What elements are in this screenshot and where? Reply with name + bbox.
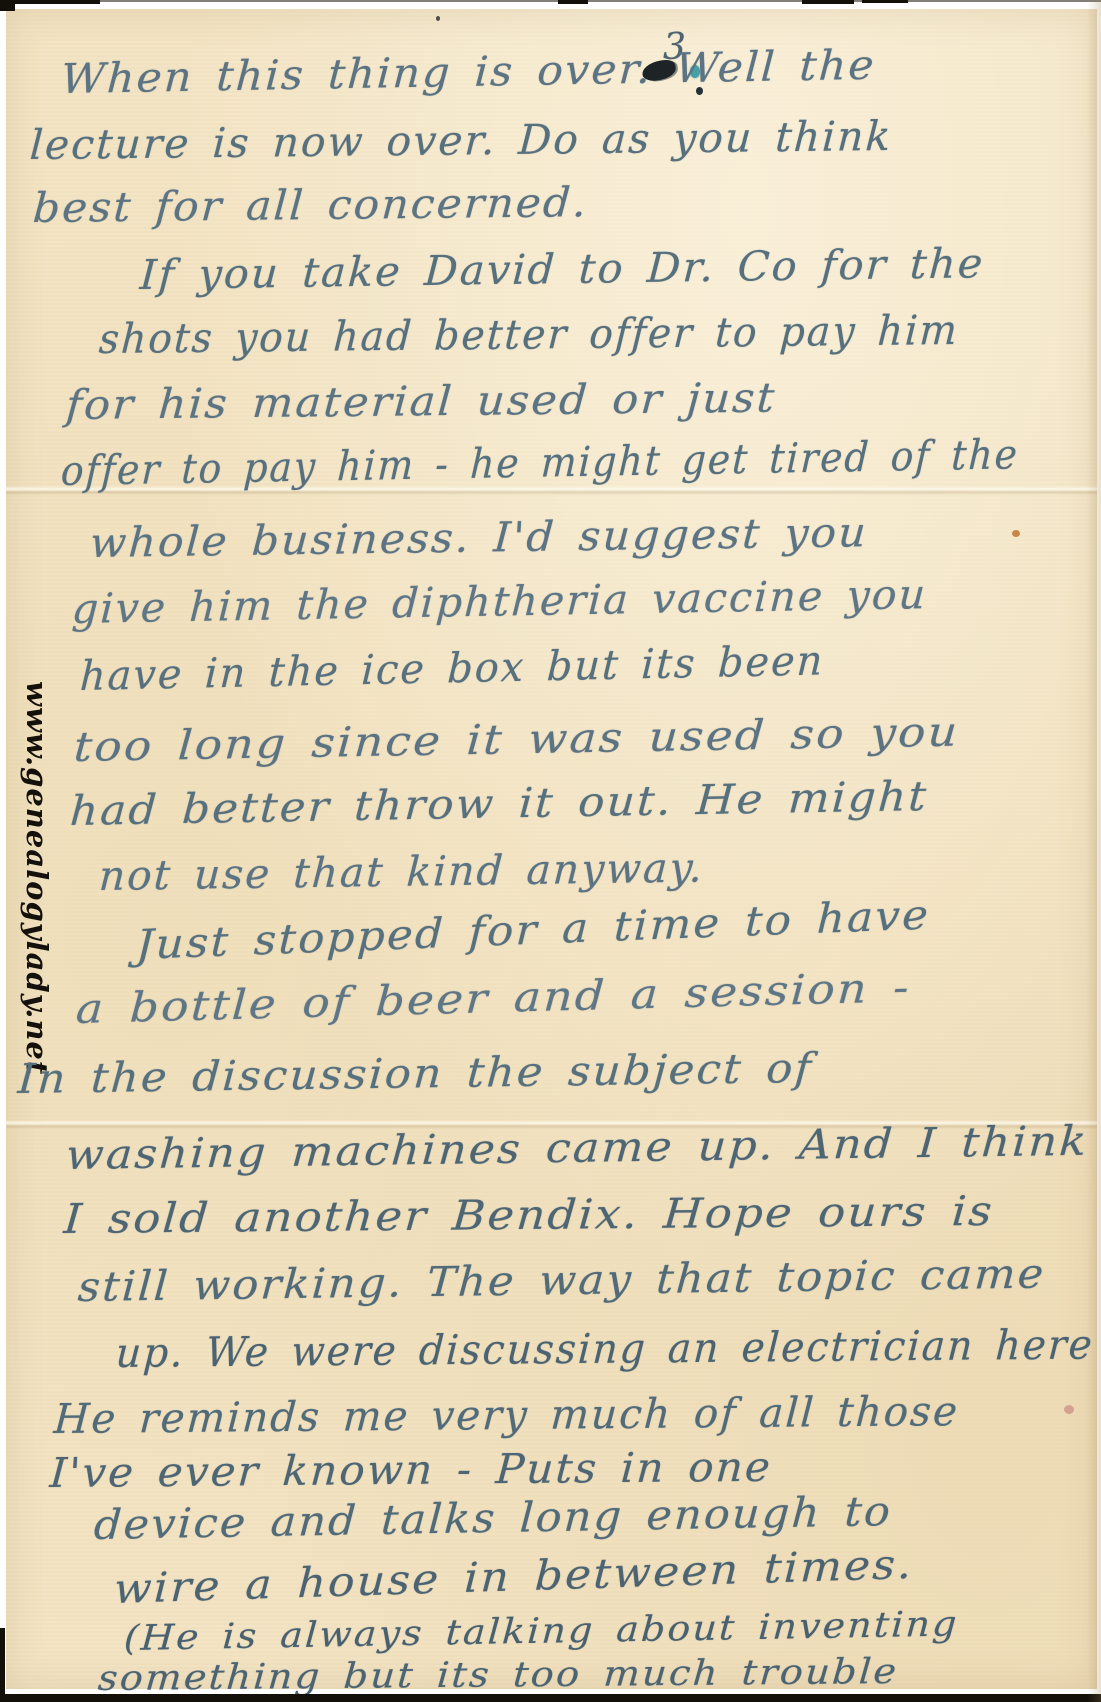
paper-edge-shadow <box>1087 0 1101 1702</box>
handwriting-line: a bottle of beer and a session - <box>75 963 912 1033</box>
scan-edge-bottom <box>0 1694 1101 1702</box>
scan-edge-top-segment <box>0 0 100 4</box>
handwriting-line: device and talks long enough to <box>93 1487 894 1549</box>
handwriting-line: I've ever known - Puts in one <box>48 1443 773 1497</box>
scan-edge-top-segment <box>802 0 854 4</box>
handwriting-line: something but its too much trouble <box>97 1652 900 1699</box>
letter-paper: www.genealogylady.net 3 When this thing … <box>6 9 1097 1689</box>
handwriting-line: I sold another Bendix. Hope ours is <box>62 1187 995 1243</box>
handwriting-line: give him the diphtheria vaccine you <box>71 570 929 633</box>
handwriting-line: for his material used or just <box>64 374 777 429</box>
handwriting-line: have in the ice box but its been <box>79 636 826 700</box>
handwriting-line: wire a house in between times. <box>113 1540 915 1613</box>
watermark-text: www.genealogylady.net <box>20 681 54 1075</box>
handwriting-line: whole business. I'd suggest you <box>89 508 870 567</box>
handwriting-line: up. We were discussing an electrician he… <box>115 1320 1096 1377</box>
handwriting-line: He reminds me very much of all those <box>53 1387 961 1443</box>
scan-edge-left <box>0 1628 5 1702</box>
scan-edge-top-segment <box>558 0 588 4</box>
handwriting-line: lecture is now over. Do as you think <box>29 112 894 169</box>
handwriting-line: In the discussion the subject of <box>17 1044 815 1103</box>
handwriting-line: When this thing is over. Well the <box>60 41 877 103</box>
handwriting-line: (He is always talking about inventing <box>123 1604 960 1659</box>
scan-corner-mark <box>0 0 15 11</box>
handwriting-line: shots you had better offer to pay him <box>98 306 961 363</box>
handwriting-line: had better throw it out. He might <box>69 772 930 835</box>
paper-stain <box>1012 530 1020 537</box>
handwriting-line: not use that kind anyway. <box>98 844 706 900</box>
handwriting-line: still working. The way that topic came <box>77 1249 1047 1311</box>
handwriting-line: too long since it was used so you <box>73 708 961 772</box>
handwriting-line: Just stopped for a time to have <box>135 890 931 969</box>
scan-edge-top-segment <box>862 0 908 3</box>
handwriting-line: If you take David to Dr. Co for the <box>139 239 986 299</box>
paper-stain <box>1064 1405 1074 1414</box>
handwriting-line: best for all concerned. <box>32 178 590 232</box>
paper-speck <box>436 16 440 21</box>
scan-edge-top <box>0 0 1101 2</box>
scanned-letter-page: www.genealogylady.net 3 When this thing … <box>0 0 1101 1702</box>
